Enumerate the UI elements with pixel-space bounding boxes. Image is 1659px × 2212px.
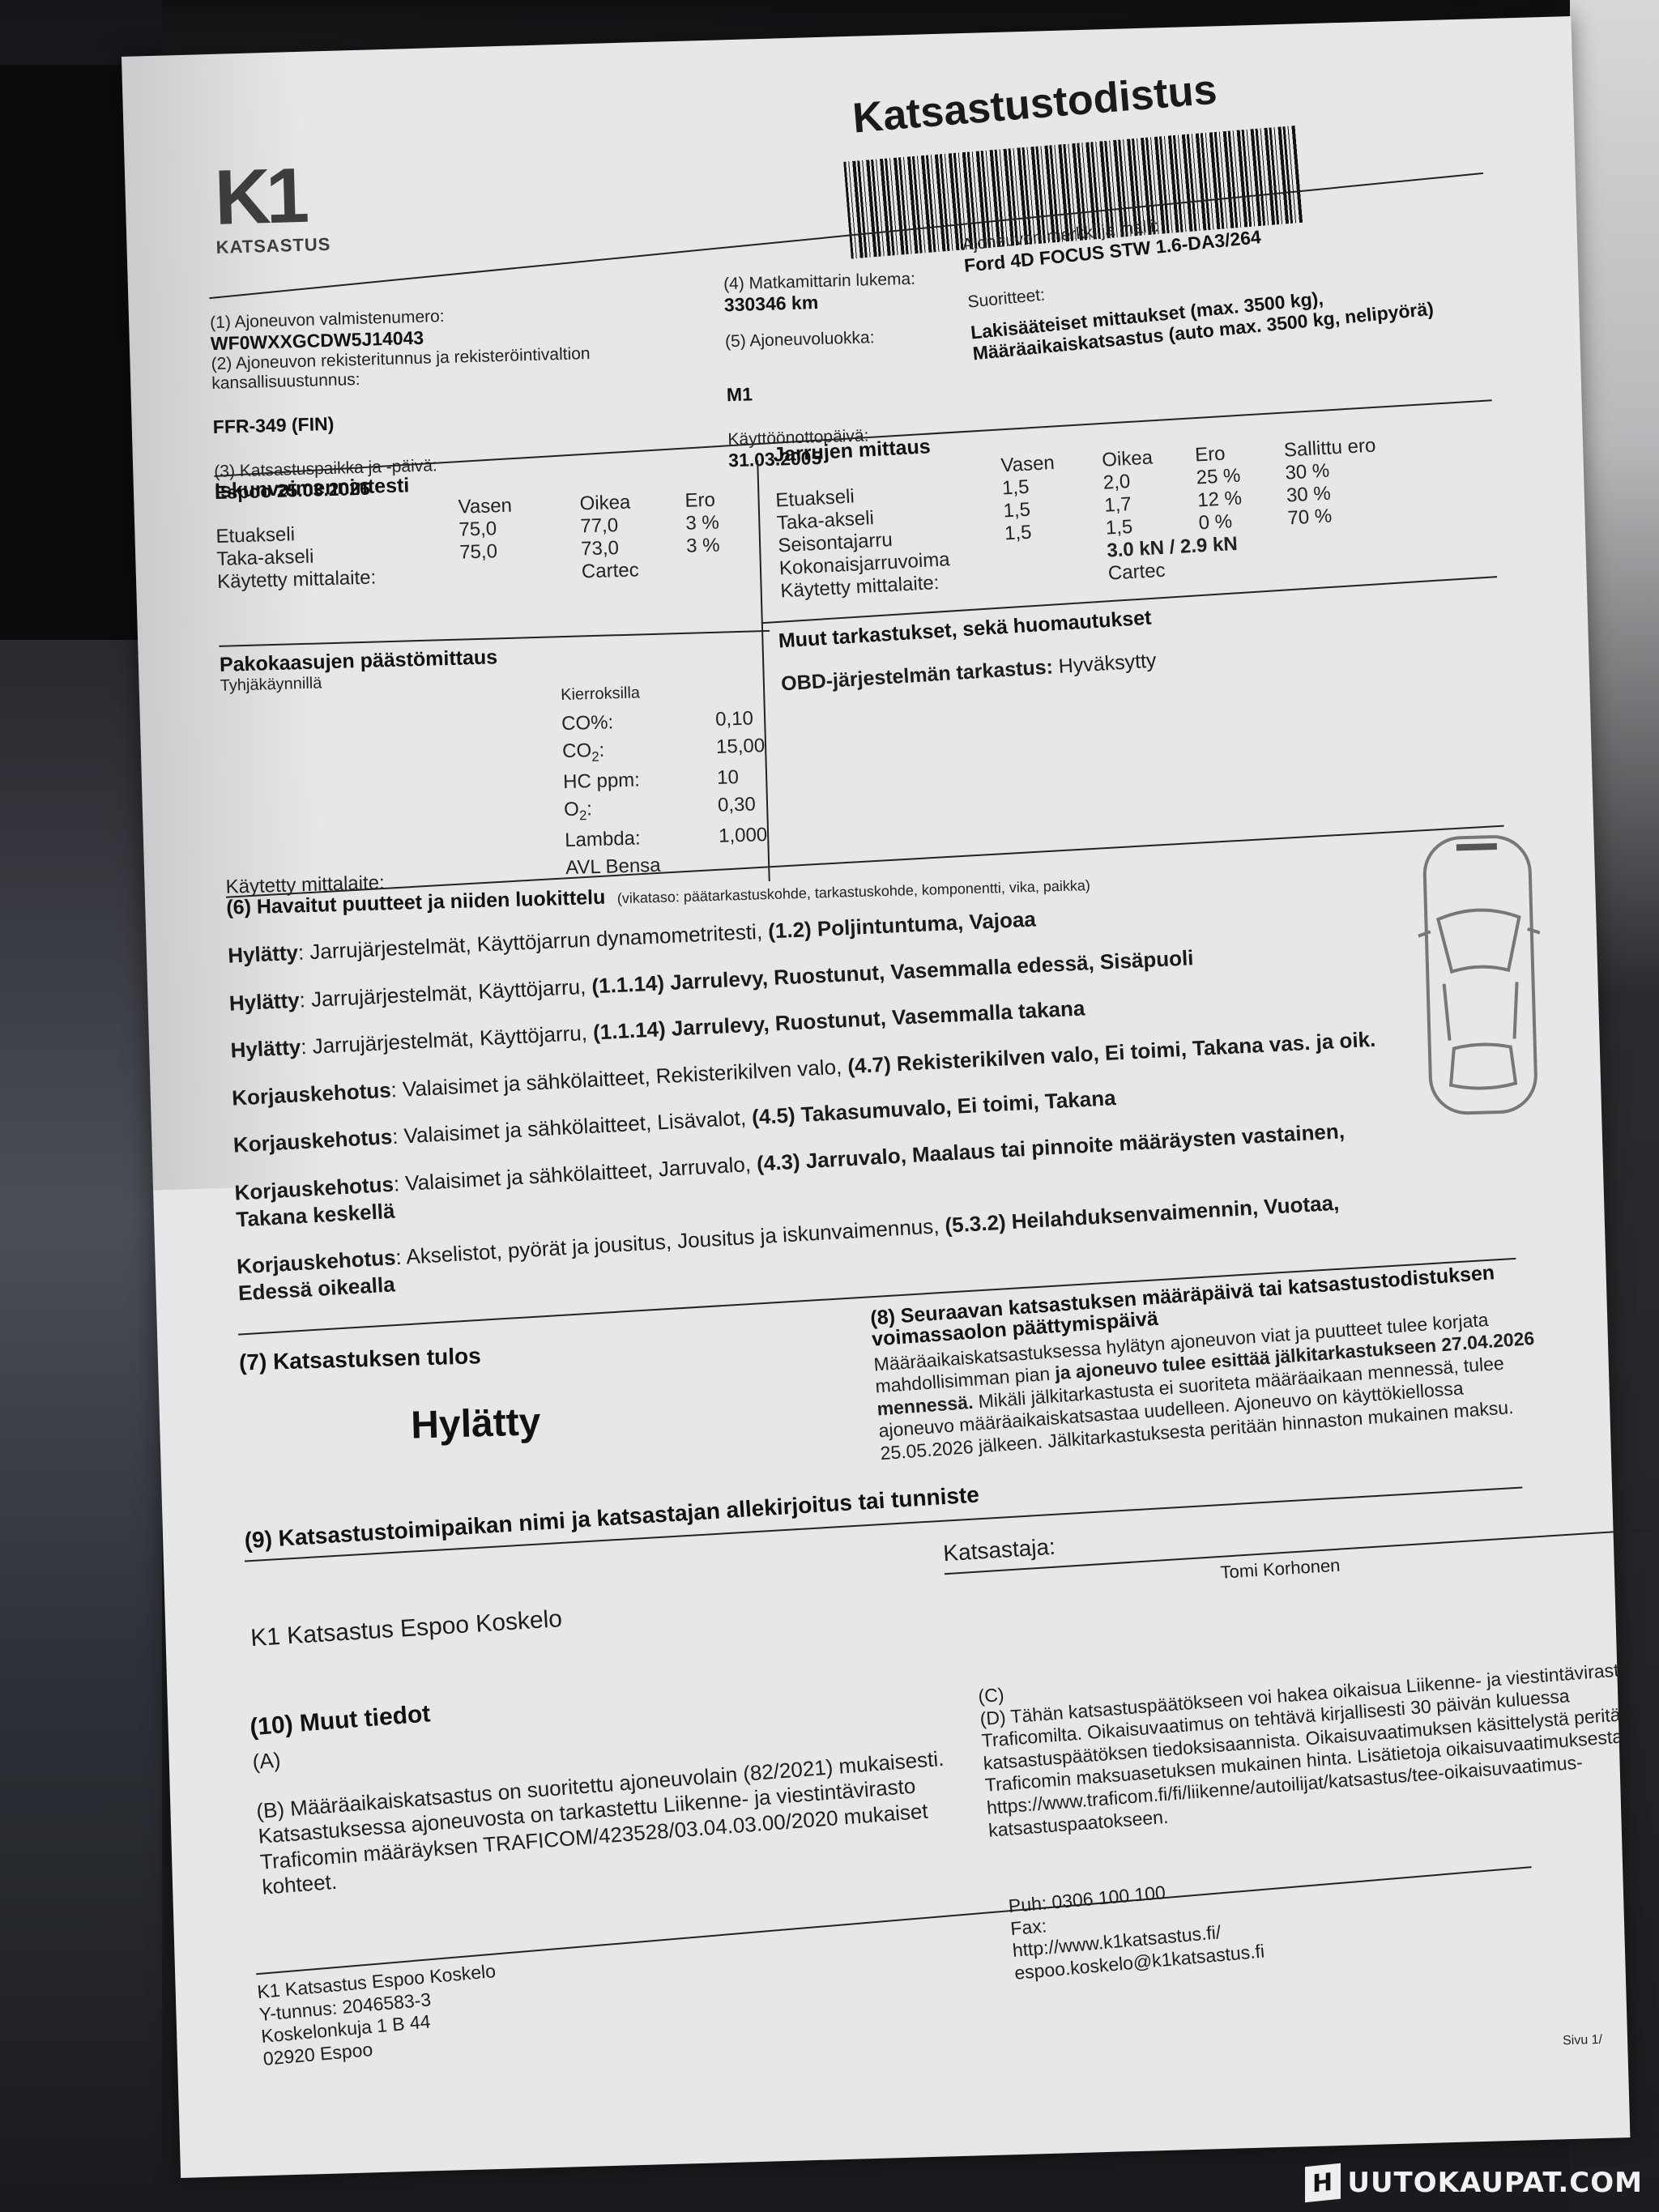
page-number: Sivu 1/: [1563, 2033, 1602, 2048]
device-value: AVL Bensa: [565, 852, 720, 879]
col-header: Oikea: [579, 490, 685, 516]
car-diagram-icon: [1407, 827, 1553, 1123]
cell: 73,0: [581, 535, 687, 561]
other-checks-section: Muut tarkastukset, sekä huomautukset OBD…: [778, 585, 1493, 696]
defects-subtitle: (vikataso: päätarkastuskohde, tarkastusk…: [617, 877, 1091, 906]
row-label: O2:: [564, 795, 719, 825]
logo-mark: K1: [214, 156, 331, 237]
rpm-label: Kierroksilla: [561, 684, 640, 705]
emissions-table: CO%: 0,10 CO2: 15,00 HC ppm: 10 O2: 0,30…: [561, 706, 817, 880]
inspection-certificate: K1 KATSASTUS Katsastustodistus (1) Ajone…: [122, 16, 1630, 2178]
defect-level: Hylätty: [228, 987, 300, 1015]
defect-text: Jarrujärjestelmät, Käyttöjarru,: [312, 1021, 594, 1059]
inspector-label: Katsastaja:: [942, 1534, 1056, 1567]
cell: 3 %: [685, 511, 751, 535]
col-header: Ero: [684, 488, 750, 513]
huutokaupat-watermark: H UUTOKAUPAT.COM: [1305, 2165, 1643, 2201]
shock-test-section: Iskunvaimennintesti Vasen Oikea Ero Etua…: [215, 465, 736, 594]
obd-value: Hyväksytty: [1058, 649, 1157, 678]
result-value: Hylätty: [411, 1391, 873, 1448]
defect-text: Jarrujärjestelmät, Käyttöjarrun dynamome…: [309, 918, 769, 964]
device-value: Cartec: [582, 558, 688, 584]
defect-detail: (1.1.14) Jarrulevy, Ruostunut, Vasemmall…: [591, 945, 1194, 998]
row-label: Lambda:: [565, 825, 719, 851]
document-title: Katsastustodistus: [851, 66, 1218, 143]
cell: 75,0: [458, 515, 581, 541]
defect-detail: (1.1.14) Jarrulevy, Ruostunut, Vasemmall…: [592, 995, 1085, 1044]
row-label: CO%:: [561, 709, 716, 735]
shock-test-table: Vasen Oikea Ero Etuakseli 75,0 77,0 3 % …: [215, 488, 736, 594]
row-label: CO2:: [562, 736, 717, 766]
cell: 75,0: [459, 538, 582, 564]
defect-level: Hylätty: [230, 1034, 301, 1062]
emissions-section: Pakokaasujen päästömittaus Tyhjäkäynnill…: [220, 638, 755, 695]
obd-label: OBD-järjestelmän tarkastus:: [780, 655, 1053, 695]
cell: 15,00: [716, 733, 814, 761]
defect-text: Valaisimet ja sähkölaitteet, Jarruvalo,: [404, 1151, 757, 1195]
other-info-b: (B) Määräaikaiskatsastus on suoritettu a…: [255, 1745, 957, 1899]
row-label: HC ppm:: [563, 767, 718, 794]
defect-level: Korjauskehotus: [232, 1077, 392, 1110]
result-title: (7) Katsastuksen tulos: [239, 1332, 872, 1376]
footer-address: K1 Katsastus Espoo Koskelo Y-tunnus: 204…: [256, 1946, 667, 2070]
other-info-left: (10) Muut tiedot (A) (B) Määräaikaiskats…: [249, 1660, 957, 1899]
k1-logo: K1 KATSASTUS: [214, 156, 331, 258]
defect-list: Hylätty: Jarrujärjestelmät, Käyttöjarrun…: [228, 910, 1388, 1306]
cell: 10: [717, 764, 815, 789]
class-value: M1: [727, 377, 970, 406]
logo-text: KATSASTUS: [215, 234, 331, 258]
defect-detail: (4.5) Takasumuvalo, Ei toimi, Takana: [751, 1085, 1116, 1129]
cell: 0,10: [715, 706, 813, 731]
inspector-name: Tomi Korhonen: [1220, 1555, 1341, 1583]
defect-text: Akselistot, pyörät ja jousitus, Jousitus…: [406, 1213, 946, 1268]
result-section: (7) Katsastuksen tulos Hylätty: [239, 1332, 873, 1453]
defect-level: Hylätty: [228, 940, 299, 968]
defect-text: Valaisimet ja sähkölaitteet, Lisävalot,: [403, 1105, 753, 1148]
reg-value: FFR-349 (FIN): [212, 403, 715, 438]
defect-text: Jarrujärjestelmät, Käyttöjarru,: [310, 974, 592, 1011]
defect-detail: (4.7) Rekisterikilven valo, Ei toimi, Ta…: [847, 1026, 1376, 1078]
station-name: K1 Katsastus Espoo Koskelo: [249, 1605, 563, 1652]
other-info-right: (C) (D) Tähän katsastuspäätökseen voi ha…: [978, 1634, 1652, 1841]
cell: 0,30: [718, 791, 816, 820]
defect-detail: (1.2) Poljintuntuma, Vajoaa: [768, 906, 1037, 943]
col-header: Vasen: [458, 492, 580, 518]
defect-text: Valaisimet ja sähkölaitteet, Rekisteriki…: [402, 1054, 848, 1101]
huutokaupat-logo-icon: H: [1305, 2163, 1341, 2203]
cell: 1,000: [719, 822, 817, 847]
defect-level: Korjauskehotus: [232, 1124, 393, 1157]
watermark-text: UUTOKAUPAT.COM: [1347, 2167, 1643, 2199]
class-label: (5) Ajoneuvoluokka:: [725, 326, 969, 352]
cell: 3 %: [686, 534, 752, 558]
cell: 77,0: [580, 513, 686, 539]
footer-contact: Puh: 0306 100 100 Fax: http://www.k1kats…: [1008, 1860, 1419, 1984]
defects-section: (6) Havaitut puutteet ja niiden luokitte…: [226, 864, 1388, 1327]
